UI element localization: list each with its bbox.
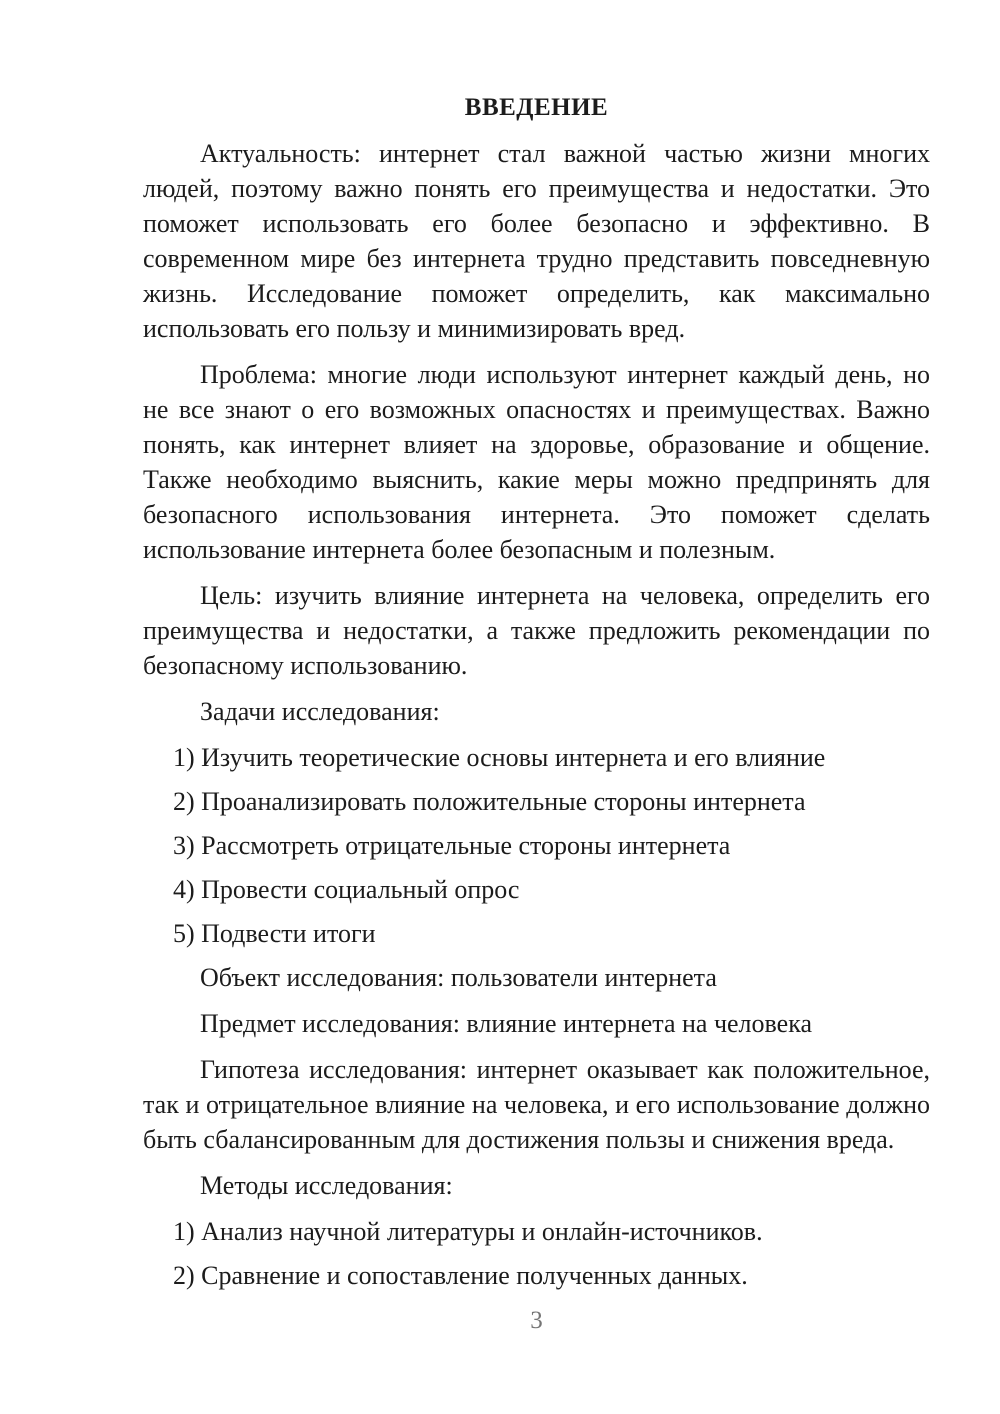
methods-heading: Методы исследования: — [143, 1168, 930, 1203]
method-item: 2) Сравнение и сопоставление полученных … — [143, 1258, 930, 1293]
methods-list: 1) Анализ научной литературы и онлайн-ис… — [143, 1214, 930, 1293]
task-item: 5) Подвести итоги — [143, 916, 930, 951]
paragraph-problem: Проблема: многие люди используют интерне… — [143, 357, 930, 567]
paragraph-goal: Цель: изучить влияние интернета на челов… — [143, 578, 930, 683]
paragraph-relevance: Актуальность: интернет стал важной часть… — [143, 136, 930, 346]
tasks-list: 1) Изучить теоретические основы интернет… — [143, 740, 930, 951]
tasks-heading: Задачи исследования: — [143, 694, 930, 729]
task-item: 1) Изучить теоретические основы интернет… — [143, 740, 930, 775]
paragraph-hypothesis: Гипотеза исследования: интернет оказывае… — [143, 1052, 930, 1157]
page-title: ВВЕДЕНИЕ — [143, 90, 930, 125]
task-item: 4) Провести социальный опрос — [143, 872, 930, 907]
page-number: 3 — [143, 1303, 930, 1338]
method-item: 1) Анализ научной литературы и онлайн-ис… — [143, 1214, 930, 1249]
task-item: 3) Рассмотреть отрицательные стороны инт… — [143, 828, 930, 863]
document-page: ВВЕДЕНИЕ Актуальность: интернет стал важ… — [0, 0, 1000, 1414]
paragraph-object: Объект исследования: пользователи интерн… — [143, 960, 930, 995]
paragraph-subject: Предмет исследования: влияние интернета … — [143, 1006, 930, 1041]
task-item: 2) Проанализировать положительные сторон… — [143, 784, 930, 819]
